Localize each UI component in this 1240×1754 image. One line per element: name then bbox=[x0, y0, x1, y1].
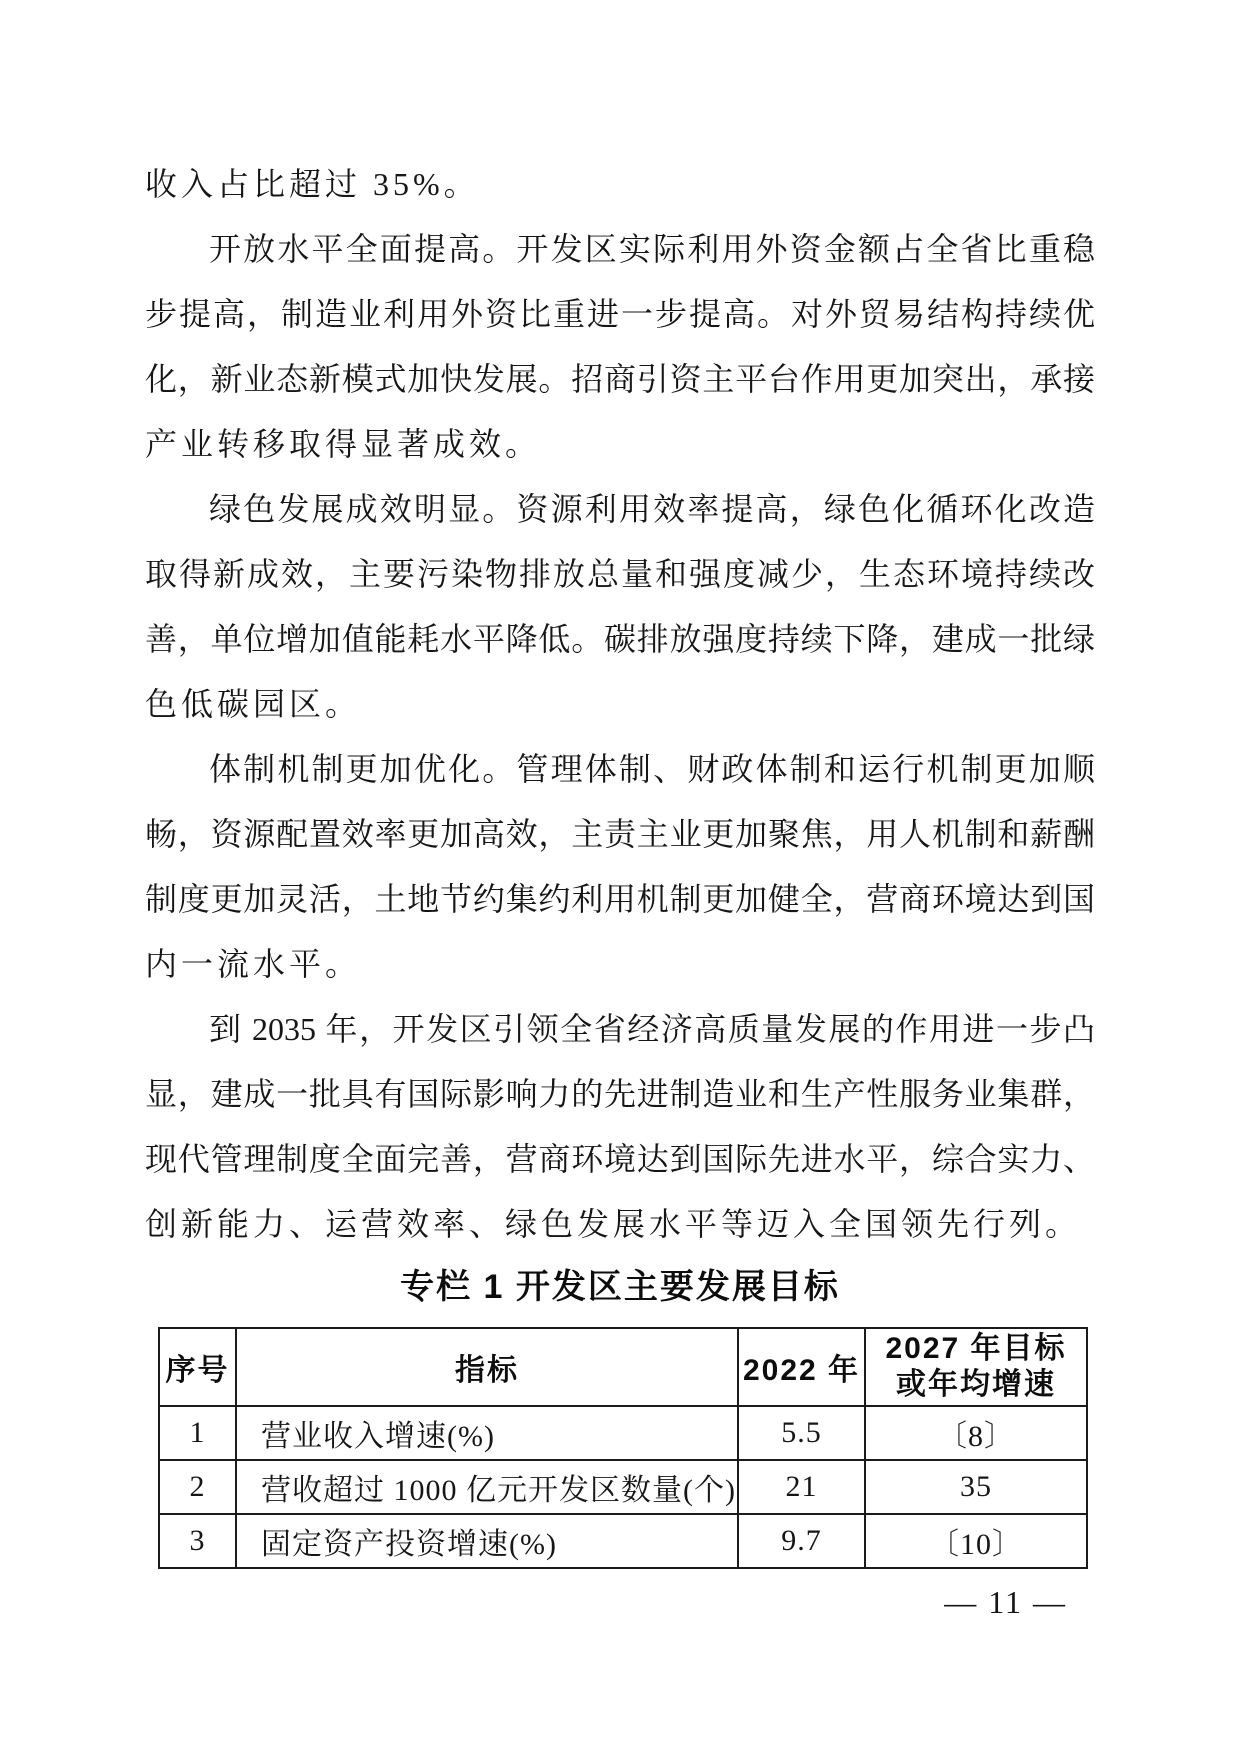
body-line: 善，单位增加值能耗水平降低。碳排放强度持续下降，建成一批绿 bbox=[145, 607, 1095, 672]
cell-no: 3 bbox=[159, 1514, 236, 1568]
header-2027-line1: 2027 年目标 bbox=[866, 1331, 1086, 1367]
cell-2027: 〔8〕 bbox=[865, 1406, 1087, 1460]
body-line: 内一流水平。 bbox=[145, 932, 1095, 997]
header-2027: 2027 年目标 或年均增速 bbox=[865, 1328, 1087, 1406]
body-line: 制度更加灵活，土地节约集约利用机制更加健全，营商环境达到国 bbox=[145, 867, 1095, 932]
table-row: 2 营收超过 1000 亿元开发区数量(个) 21 35 bbox=[159, 1460, 1087, 1514]
document-page: { "page": { "footer": "— 11 —" }, "body"… bbox=[0, 0, 1240, 1754]
cell-metric: 营业收入增速(%) bbox=[236, 1406, 738, 1460]
body-line: 显，建成一批具有国际影响力的先进制造业和生产性服务业集群， bbox=[145, 1062, 1095, 1127]
body-line: 绿色发展成效明显。资源利用效率提高，绿色化循环化改造 bbox=[145, 477, 1095, 542]
body-line: 创新能力、运营效率、绿色发展水平等迈入全国领先行列。 bbox=[145, 1192, 1095, 1257]
cell-metric: 固定资产投资增速(%) bbox=[236, 1514, 738, 1568]
header-no: 序号 bbox=[159, 1328, 236, 1406]
body-line: 取得新成效，主要污染物排放总量和强度减少，生态环境持续改 bbox=[145, 542, 1095, 607]
table-row: 3 固定资产投资增速(%) 9.7 〔10〕 bbox=[159, 1514, 1087, 1568]
body-text: 收入占比超过 35%。 开放水平全面提高。开发区实际利用外资金额占全省比重稳 步… bbox=[145, 0, 1095, 1257]
table-row: 1 营业收入增速(%) 5.5 〔8〕 bbox=[159, 1406, 1087, 1460]
cell-no: 2 bbox=[159, 1460, 236, 1514]
body-line: 体制机制更加优化。管理体制、财政体制和运行机制更加顺 bbox=[145, 737, 1095, 802]
body-line: 开放水平全面提高。开发区实际利用外资金额占全省比重稳 bbox=[145, 217, 1095, 282]
cell-metric: 营收超过 1000 亿元开发区数量(个) bbox=[236, 1460, 738, 1514]
cell-2022: 21 bbox=[738, 1460, 865, 1514]
body-line: 到 2035 年，开发区引领全省经济高质量发展的作用进一步凸 bbox=[145, 997, 1095, 1062]
body-line: 收入占比超过 35%。 bbox=[145, 152, 1095, 217]
body-line: 步提高，制造业利用外资比重进一步提高。对外贸易结构持续优 bbox=[145, 282, 1095, 347]
header-2022: 2022 年 bbox=[738, 1328, 865, 1406]
cell-2022: 5.5 bbox=[738, 1406, 865, 1460]
body-line: 畅，资源配置效率更加高效，主责主业更加聚焦，用人机制和薪酬 bbox=[145, 802, 1095, 867]
table-header-row: 序号 指标 2022 年 2027 年目标 或年均增速 bbox=[159, 1328, 1087, 1406]
page-number: — 11 — bbox=[145, 1579, 1095, 1625]
cell-2027: 〔10〕 bbox=[865, 1514, 1087, 1568]
cell-2022: 9.7 bbox=[738, 1514, 865, 1568]
page-content: 收入占比超过 35%。 开放水平全面提高。开发区实际利用外资金额占全省比重稳 步… bbox=[145, 0, 1095, 1625]
body-line: 产业转移取得显著成效。 bbox=[145, 412, 1095, 477]
cell-no: 1 bbox=[159, 1406, 236, 1460]
body-line: 色低碳园区。 bbox=[145, 672, 1095, 737]
box-title: 专栏 1 开发区主要发展目标 bbox=[145, 1265, 1095, 1309]
header-metric: 指标 bbox=[236, 1328, 738, 1406]
body-line: 现代管理制度全面完善，营商环境达到国际先进水平，综合实力、 bbox=[145, 1127, 1095, 1192]
goals-table: 序号 指标 2022 年 2027 年目标 或年均增速 1 营业收入增速(%) … bbox=[158, 1327, 1088, 1569]
cell-2027: 35 bbox=[865, 1460, 1087, 1514]
body-line: 化，新业态新模式加快发展。招商引资主平台作用更加突出，承接 bbox=[145, 347, 1095, 412]
header-2027-line2: 或年均增速 bbox=[866, 1367, 1086, 1403]
